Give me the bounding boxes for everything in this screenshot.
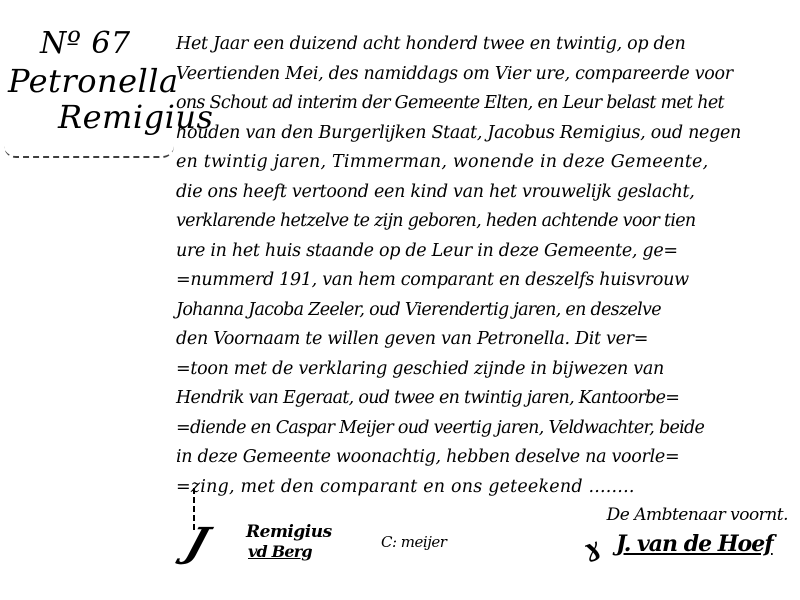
signature-witness-2: C: meijer xyxy=(381,533,446,551)
body-line-16: =zing, met den comparant en ons geteeken… xyxy=(176,473,796,503)
body-line-6: die ons heeft vertoond een kind van het … xyxy=(176,178,796,208)
body-line-13: Hendrik van Egeraat, oud twee en twintig… xyxy=(176,384,796,414)
body-line-7: verklarende hetzelve te zijn geboren, he… xyxy=(176,207,796,237)
register-page: Nº 67 Petronella Remigius Het Jaar een d… xyxy=(0,0,800,600)
body-line-8: ure in het huis staande op de Leur in de… xyxy=(176,237,796,267)
official-flourish-icon: ɣ xyxy=(579,531,602,563)
record-body: Het Jaar een duizend acht honderd twee e… xyxy=(176,30,796,502)
record-number: Nº 67 xyxy=(40,26,131,61)
signature-official: J. van de Hoef xyxy=(616,531,773,557)
body-line-12: =toon met de verklaring geschied zijnde … xyxy=(176,355,796,385)
body-line-15: in deze Gemeente woonachtig, hebben dese… xyxy=(176,443,796,473)
closing-formula: De Ambtenaar voornt. xyxy=(607,505,788,525)
margin-annotation: Nº 67 Petronella Remigius xyxy=(0,0,180,600)
body-line-11: den Voornaam te willen geven van Petrone… xyxy=(176,325,796,355)
signature-mark-initial: J xyxy=(180,519,214,566)
signature-witness-1: vd Berg xyxy=(248,542,312,561)
body-line-5: en twintig jaren, Timmerman, wonende in … xyxy=(176,148,796,178)
signatures-block: De Ambtenaar voornt. J Remigius vd Berg … xyxy=(176,505,796,595)
body-line-2: Veertienden Mei, des namiddags om Vier u… xyxy=(176,60,796,90)
body-line-9: =nummerd 191, van hem comparant en desze… xyxy=(176,266,796,296)
body-line-4: houden van den Burgerlijken Staat, Jacob… xyxy=(176,119,796,149)
body-line-10: Johanna Jacoba Zeeler, oud Vierendertig … xyxy=(176,296,796,326)
signature-father: Remigius xyxy=(246,522,332,542)
child-given-name: Petronella xyxy=(8,62,179,100)
body-line-14: =diende en Caspar Meijer oud veertig jar… xyxy=(176,414,796,444)
margin-flourish-divider xyxy=(4,146,174,158)
body-line-3: ons Schout ad interim der Gemeente Elten… xyxy=(176,89,796,119)
body-line-1: Het Jaar een duizend acht honderd twee e… xyxy=(176,30,796,60)
